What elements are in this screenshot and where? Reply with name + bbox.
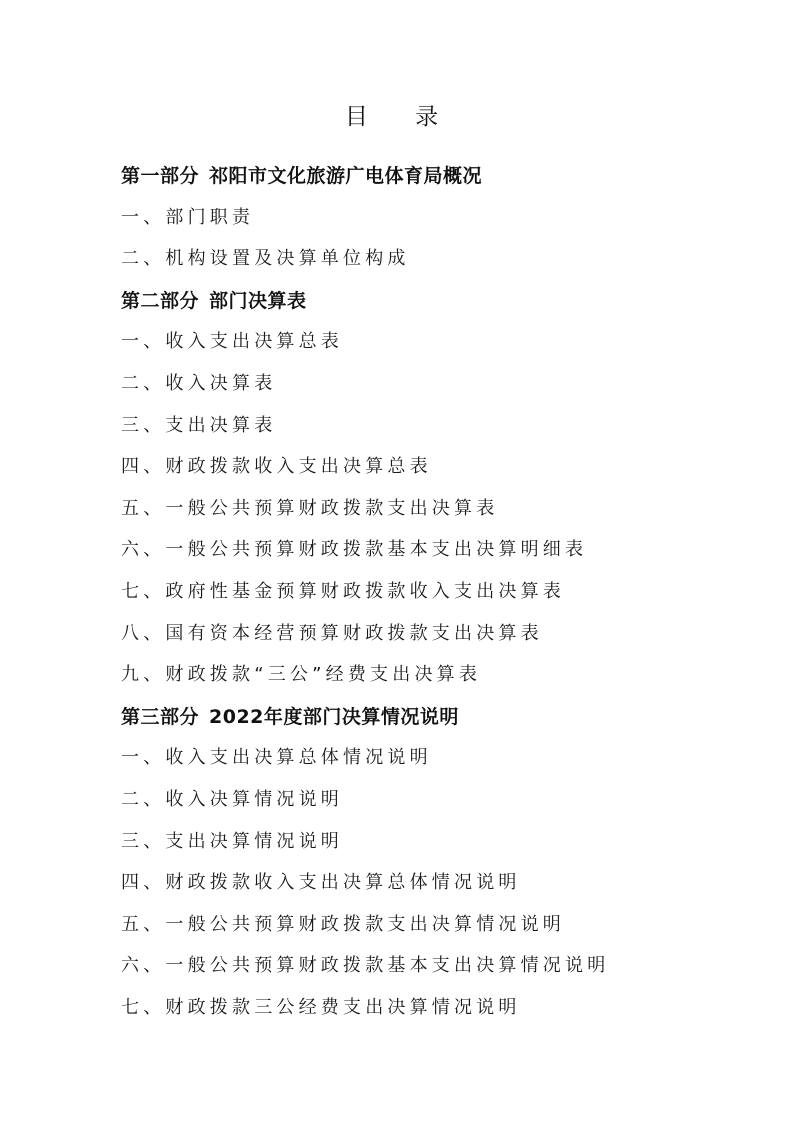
toc-item[interactable]: 七、政府性基金预算财政拨款收入支出决算表	[121, 576, 609, 618]
toc-item[interactable]: 二、收入决算情况说明	[121, 784, 609, 826]
part-title: 祁阳市文化旅游广电体育局概况	[209, 165, 482, 187]
toc-item[interactable]: 四、财政拨款收入支出决算总表	[121, 451, 609, 493]
document-page: 目 录 第一部分祁阳市文化旅游广电体育局概况 一、部门职责 二、机构设置及决算单…	[0, 0, 793, 1122]
toc-item[interactable]: 八、国有资本经营预算财政拨款支出决算表	[121, 618, 609, 660]
toc-item[interactable]: 二、机构设置及决算单位构成	[121, 243, 609, 285]
part-title: 部门决算表	[209, 290, 307, 312]
toc-item[interactable]: 五、一般公共预算财政拨款支出决算情况说明	[121, 909, 609, 951]
toc-item[interactable]: 一、收入支出决算总表	[121, 326, 609, 368]
toc-item[interactable]: 三、支出决算表	[121, 410, 609, 452]
toc-item[interactable]: 七、财政拨款三公经费支出决算情况说明	[121, 992, 609, 1034]
table-of-contents: 第一部分祁阳市文化旅游广电体育局概况 一、部门职责 二、机构设置及决算单位构成 …	[121, 160, 609, 1033]
toc-item[interactable]: 五、一般公共预算财政拨款支出决算表	[121, 493, 609, 535]
toc-item[interactable]: 二、收入决算表	[121, 368, 609, 410]
toc-item[interactable]: 六、一般公共预算财政拨款基本支出决算明细表	[121, 534, 609, 576]
toc-item[interactable]: 九、财政拨款“三公”经费支出决算表	[121, 659, 609, 701]
toc-item[interactable]: 一、收入支出决算总体情况说明	[121, 742, 609, 784]
toc-part-2-heading[interactable]: 第二部分部门决算表	[121, 285, 609, 327]
toc-item[interactable]: 四、财政拨款收入支出决算总体情况说明	[121, 867, 609, 909]
part-label: 第一部分	[121, 165, 199, 187]
part-title: 2022年度部门决算情况说明	[209, 706, 459, 728]
part-label: 第三部分	[121, 706, 199, 728]
part-label: 第二部分	[121, 290, 199, 312]
toc-title: 目 录	[0, 101, 793, 133]
toc-item[interactable]: 六、一般公共预算财政拨款基本支出决算情况说明	[121, 950, 609, 992]
toc-item[interactable]: 一、部门职责	[121, 202, 609, 244]
toc-part-3-heading[interactable]: 第三部分2022年度部门决算情况说明	[121, 701, 609, 743]
toc-item[interactable]: 三、支出决算情况说明	[121, 826, 609, 868]
toc-part-1-heading[interactable]: 第一部分祁阳市文化旅游广电体育局概况	[121, 160, 609, 202]
